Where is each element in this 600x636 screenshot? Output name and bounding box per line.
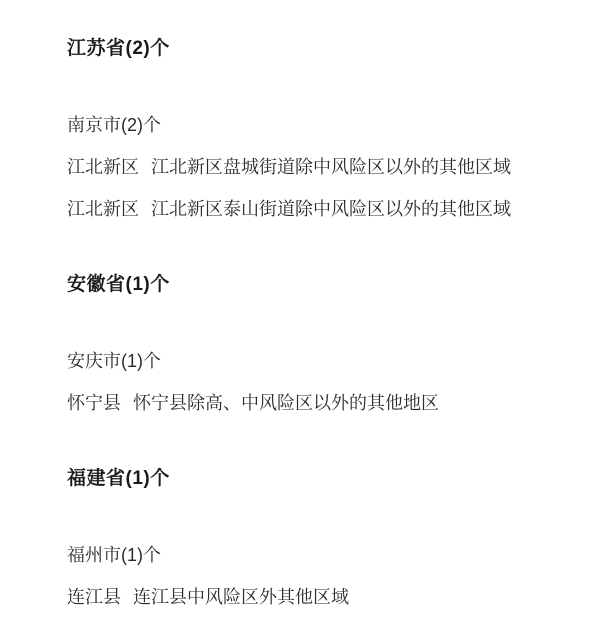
district-name: 连江县 — [67, 587, 121, 607]
province-heading: 福建省(1)个 — [67, 468, 560, 489]
area-description: 怀宁县除高、中风险区以外的其他地区 — [133, 393, 439, 413]
province-section-fujian: 福建省(1)个 福州市(1)个 连江县连江县中风险区外其他区域 — [67, 468, 560, 608]
risk-area-list-page: 江苏省(2)个 南京市(2)个 江北新区江北新区盘城街道除中风险区以外的其他区域… — [0, 0, 600, 636]
province-section-anhui: 安徽省(1)个 安庆市(1)个 怀宁县怀宁县除高、中风险区以外的其他地区 — [67, 274, 560, 414]
city-line: 南京市(2)个 — [67, 115, 560, 136]
district-name: 江北新区 — [67, 157, 139, 177]
city-line: 安庆市(1)个 — [67, 351, 560, 372]
area-description: 江北新区泰山街道除中风险区以外的其他区域 — [151, 199, 511, 219]
area-line: 江北新区江北新区泰山街道除中风险区以外的其他区域 — [67, 199, 560, 220]
area-line: 连江县连江县中风险区外其他区域 — [67, 587, 560, 608]
province-heading: 安徽省(1)个 — [67, 274, 560, 295]
city-line: 福州市(1)个 — [67, 545, 560, 566]
district-name: 江北新区 — [67, 199, 139, 219]
area-line: 江北新区江北新区盘城街道除中风险区以外的其他区域 — [67, 157, 560, 178]
area-description: 江北新区盘城街道除中风险区以外的其他区域 — [151, 157, 511, 177]
area-line: 怀宁县怀宁县除高、中风险区以外的其他地区 — [67, 393, 560, 414]
area-description: 连江县中风险区外其他区域 — [133, 587, 349, 607]
province-section-jiangsu: 江苏省(2)个 南京市(2)个 江北新区江北新区盘城街道除中风险区以外的其他区域… — [67, 38, 560, 220]
province-heading: 江苏省(2)个 — [67, 38, 560, 59]
district-name: 怀宁县 — [67, 393, 121, 413]
